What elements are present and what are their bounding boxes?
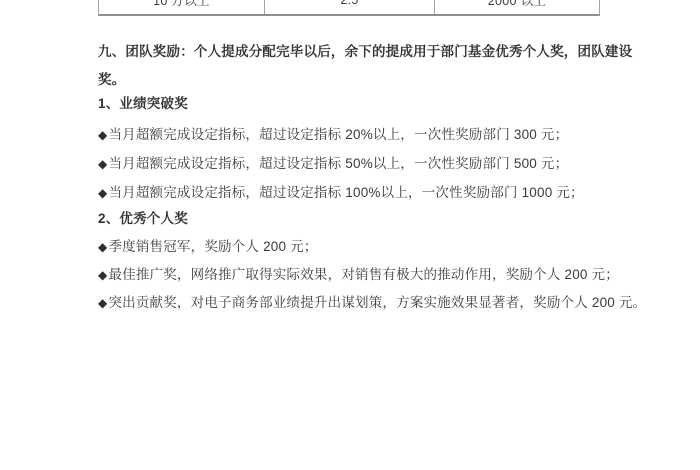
intro-paragraph-line1: 九、团队奖励：个人提成分配完毕以后，余下的提成用于部门基金优秀个人奖，团队建设 bbox=[98, 44, 632, 60]
section2-bullet-2: ◆最佳推广奖，网络推广取得实际效果，对销售有极大的推动作用，奖励个人 200 元… bbox=[98, 267, 619, 283]
intro-paragraph-line2: 奖。 bbox=[98, 72, 125, 88]
section1-bullet-3: ◆当月超额完成设定指标，超过设定指标 100%以上，一次性奖励部门 1000 元… bbox=[98, 185, 584, 201]
diamond-bullet-icon: ◆ bbox=[98, 268, 107, 282]
section2-bullet-1: ◆季度销售冠军，奖励个人 200 元； bbox=[98, 239, 318, 255]
table-cell-amount: 2000 以上 bbox=[434, 0, 599, 14]
section1-bullet-1: ◆当月超额完成设定指标，超过设定指标 20%以上，一次性奖励部门 300 元； bbox=[98, 127, 568, 143]
document-page: 10 万以上 2.5 2000 以上 九、团队奖励：个人提成分配完毕以后，余下的… bbox=[0, 0, 700, 470]
table-cell-amount-value: 2000 以上 bbox=[488, 0, 546, 9]
diamond-bullet-icon: ◆ bbox=[98, 186, 107, 200]
section2-bullet-1-text: 季度销售冠军，奖励个人 200 元； bbox=[108, 239, 317, 254]
table-cell-rate-value: 2.5 bbox=[340, 0, 358, 7]
section1-heading: 1、业绩突破奖 bbox=[98, 96, 188, 112]
table-fragment: 10 万以上 2.5 2000 以上 bbox=[98, 0, 600, 16]
section1-bullet-3-text: 当月超额完成设定指标，超过设定指标 100%以上，一次性奖励部门 1000 元； bbox=[108, 185, 583, 200]
diamond-bullet-icon: ◆ bbox=[98, 157, 107, 171]
section2-heading: 2、优秀个人奖 bbox=[98, 211, 188, 227]
diamond-bullet-icon: ◆ bbox=[98, 128, 107, 142]
section1-bullet-1-text: 当月超额完成设定指标，超过设定指标 20%以上，一次性奖励部门 300 元； bbox=[108, 127, 568, 142]
section2-bullet-3-text: 突出贡献奖，对电子商务部业绩提升出谋划策，方案实施效果显著者，奖励个人 200 … bbox=[108, 295, 646, 310]
section2-bullet-3: ◆突出贡献奖，对电子商务部业绩提升出谋划策，方案实施效果显著者，奖励个人 200… bbox=[98, 295, 646, 311]
section1-bullet-2: ◆当月超额完成设定指标，超过设定指标 50%以上，一次性奖励部门 500 元； bbox=[98, 156, 568, 172]
table-cell-rate: 2.5 bbox=[264, 0, 434, 14]
section2-bullet-2-text: 最佳推广奖，网络推广取得实际效果，对销售有极大的推动作用，奖励个人 200 元； bbox=[108, 267, 619, 282]
section1-bullet-2-text: 当月超额完成设定指标，超过设定指标 50%以上，一次性奖励部门 500 元； bbox=[108, 156, 568, 171]
diamond-bullet-icon: ◆ bbox=[98, 296, 107, 310]
table-cell-tier: 10 万以上 bbox=[99, 0, 264, 14]
diamond-bullet-icon: ◆ bbox=[98, 240, 107, 254]
table-cell-tier-value: 10 万以上 bbox=[153, 0, 210, 9]
